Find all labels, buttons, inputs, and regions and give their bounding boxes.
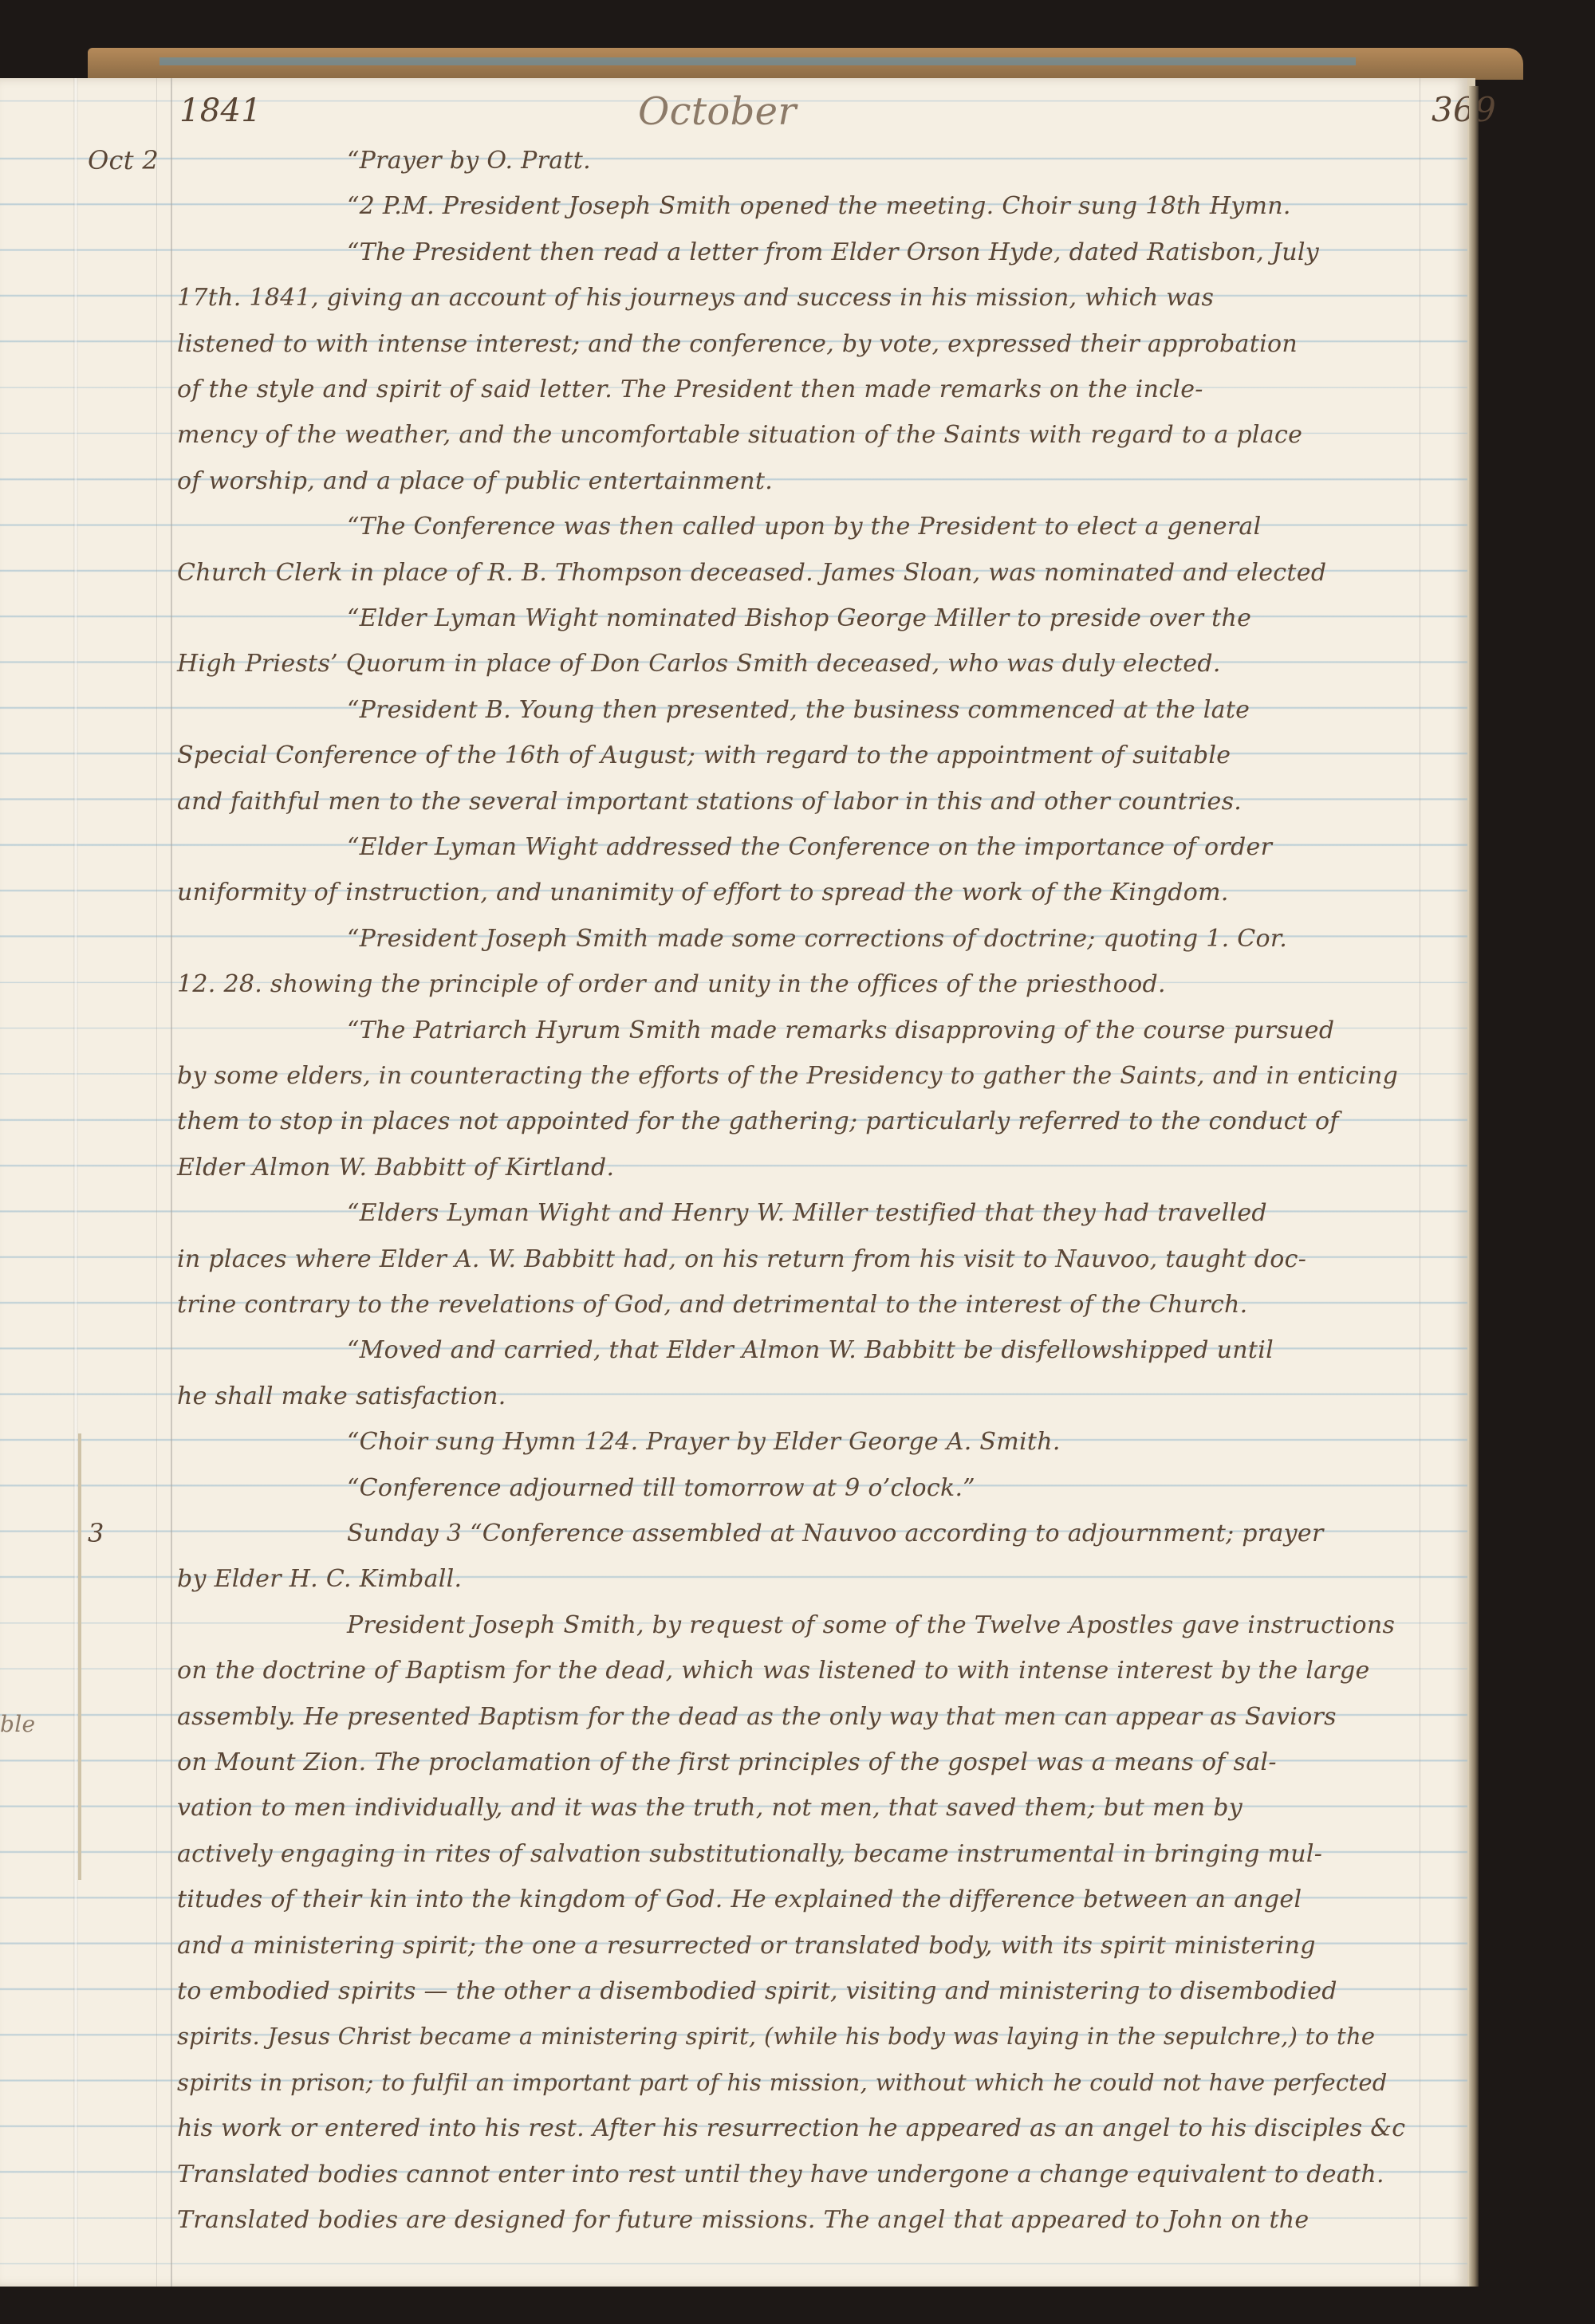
line-text: “Elder Lyman Wight addressed the Confere…	[347, 824, 1272, 870]
line-text: Special Conference of the 16th of August…	[177, 733, 1231, 778]
line-text: “The President then read a letter from E…	[347, 230, 1319, 275]
manuscript-line: his work or entered into his rest. After…	[0, 2106, 1467, 2151]
manuscript-line: trine contrary to the revelations of God…	[0, 1282, 1467, 1327]
manuscript-line: “Elder Lyman Wight addressed the Confere…	[0, 824, 1467, 870]
line-text: of the style and spirit of said letter. …	[177, 367, 1203, 412]
line-text: and a ministering spirit; the one a resu…	[177, 1923, 1316, 1968]
line-text: listened to with intense interest; and t…	[177, 321, 1298, 367]
line-text: his work or entered into his rest. After…	[177, 2106, 1405, 2151]
manuscript-line: spirits in prison; to fulfil an importan…	[0, 2060, 1467, 2106]
manuscript-line: President Joseph Smith, by request of so…	[0, 1602, 1467, 1648]
line-text: spirits. Jesus Christ became a ministeri…	[177, 2014, 1375, 2059]
line-text: actively engaging in rites of salvation …	[177, 1831, 1322, 1877]
manuscript-line: High Priests’ Quorum in place of Don Car…	[0, 641, 1467, 686]
line-text: 17th. 1841, giving an account of his jou…	[177, 275, 1214, 320]
line-text: “The Conference was then called upon by …	[347, 504, 1261, 549]
line-text: Church Clerk in place of R. B. Thompson …	[177, 550, 1326, 596]
line-text: “Elder Lyman Wight nominated Bishop Geor…	[347, 596, 1251, 641]
manuscript-line: Translated bodies are designed for futur…	[0, 2197, 1467, 2243]
line-text: High Priests’ Quorum in place of Don Car…	[177, 641, 1221, 686]
page-edge	[1469, 86, 1479, 2287]
line-text: uniformity of instruction, and unanimity…	[177, 870, 1229, 915]
line-text: Translated bodies cannot enter into rest…	[177, 2152, 1384, 2197]
background-bottom	[0, 2287, 1595, 2324]
line-text: to embodied spirits — the other a disemb…	[177, 1968, 1337, 2014]
manuscript-line: “President B. Young then presented, the …	[0, 687, 1467, 733]
manuscript-line: spirits. Jesus Christ became a ministeri…	[0, 2014, 1467, 2059]
line-text: by some elders, in counteracting the eff…	[177, 1053, 1398, 1099]
manuscript-line: of the style and spirit of said letter. …	[0, 367, 1467, 412]
line-text: “2 P.M. President Joseph Smith opened th…	[347, 183, 1291, 229]
line-text: trine contrary to the revelations of God…	[177, 1282, 1247, 1327]
line-text: “Prayer by O. Pratt.	[347, 138, 591, 183]
line-text: Translated bodies are designed for futur…	[177, 2197, 1309, 2243]
line-text: spirits in prison; to fulfil an importan…	[177, 2060, 1388, 2106]
line-text: “Elders Lyman Wight and Henry W. Miller …	[347, 1190, 1267, 1236]
manuscript-line: titudes of their kin into the kingdom of…	[0, 1877, 1467, 1922]
margin-date: 3	[88, 1511, 104, 1556]
manuscript-line: 3Sunday 3 “Conference assembled at Nauvo…	[0, 1511, 1467, 1556]
line-text: “President B. Young then presented, the …	[347, 687, 1250, 733]
manuscript-line: “Moved and carried, that Elder Almon W. …	[0, 1327, 1467, 1373]
manuscript-line: them to stop in places not appointed for…	[0, 1099, 1467, 1144]
book-edge-strip	[159, 57, 1356, 65]
manuscript-line: actively engaging in rites of salvation …	[0, 1831, 1467, 1877]
line-text: on Mount Zion. The proclamation of the f…	[177, 1740, 1277, 1785]
line-text: Sunday 3 “Conference assembled at Nauvoo…	[347, 1511, 1324, 1556]
manuscript-line: Church Clerk in place of R. B. Thompson …	[0, 550, 1467, 596]
manuscript-line: listened to with intense interest; and t…	[0, 321, 1467, 367]
line-text: them to stop in places not appointed for…	[177, 1099, 1339, 1144]
manuscript-line: “2 P.M. President Joseph Smith opened th…	[0, 183, 1467, 229]
manuscript-line: on Mount Zion. The proclamation of the f…	[0, 1740, 1467, 1785]
header-year: 1841	[179, 92, 262, 129]
manuscript-line: mency of the weather, and the uncomforta…	[0, 412, 1467, 458]
manuscript-line: he shall make satisfaction.	[0, 1374, 1467, 1419]
line-text: and faithful men to the several importan…	[177, 779, 1242, 824]
manuscript-line: “Choir sung Hymn 124. Prayer by Elder Ge…	[0, 1419, 1467, 1465]
line-text: “Moved and carried, that Elder Almon W. …	[347, 1327, 1274, 1373]
manuscript-line: Translated bodies cannot enter into rest…	[0, 2152, 1467, 2197]
manuscript-line: by Elder H. C. Kimball.	[0, 1556, 1467, 1602]
line-text: Elder Almon W. Babbitt of Kirtland.	[177, 1145, 614, 1190]
manuscript-line: on the doctrine of Baptism for the dead,…	[0, 1648, 1467, 1693]
manuscript-line: “Conference adjourned till tomorrow at 9…	[0, 1465, 1467, 1511]
manuscript-line: assembly. He presented Baptism for the d…	[0, 1694, 1467, 1740]
line-text: 12. 28. showing the principle of order a…	[177, 961, 1166, 1007]
manuscript-line: Special Conference of the 16th of August…	[0, 733, 1467, 778]
line-text: in places where Elder A. W. Babbitt had,…	[177, 1237, 1306, 1282]
manuscript-line: “The President then read a letter from E…	[0, 230, 1467, 275]
line-text: of worship, and a place of public entert…	[177, 458, 773, 504]
manuscript-line: of worship, and a place of public entert…	[0, 458, 1467, 504]
margin-date: Oct 2	[88, 138, 159, 183]
manuscript-line: “President Joseph Smith made some correc…	[0, 916, 1467, 961]
line-text: “Choir sung Hymn 124. Prayer by Elder Ge…	[347, 1419, 1061, 1465]
manuscript-line: uniformity of instruction, and unanimity…	[0, 870, 1467, 915]
line-text: by Elder H. C. Kimball.	[177, 1556, 462, 1602]
line-text: titudes of their kin into the kingdom of…	[177, 1877, 1302, 1922]
manuscript-line: vation to men individually, and it was t…	[0, 1785, 1467, 1830]
manuscript-line: 12. 28. showing the principle of order a…	[0, 961, 1467, 1007]
manuscript-line: to embodied spirits — the other a disemb…	[0, 1968, 1467, 2014]
manuscript-line: and faithful men to the several importan…	[0, 779, 1467, 824]
line-text: President Joseph Smith, by request of so…	[347, 1602, 1395, 1648]
line-text: assembly. He presented Baptism for the d…	[177, 1694, 1337, 1740]
line-text: he shall make satisfaction.	[177, 1374, 506, 1419]
manuscript-line: Oct 2“Prayer by O. Pratt.	[0, 138, 1467, 183]
manuscript-line: Elder Almon W. Babbitt of Kirtland.	[0, 1145, 1467, 1190]
line-text: vation to men individually, and it was t…	[177, 1785, 1243, 1830]
page-number: 369	[1432, 90, 1496, 129]
line-text: “Conference adjourned till tomorrow at 9…	[347, 1465, 975, 1511]
manuscript-line: in places where Elder A. W. Babbitt had,…	[0, 1237, 1467, 1282]
manuscript-line: “Elder Lyman Wight nominated Bishop Geor…	[0, 596, 1467, 641]
line-text: on the doctrine of Baptism for the dead,…	[177, 1648, 1370, 1693]
line-text: “President Joseph Smith made some correc…	[347, 916, 1287, 961]
line-text: “The Patriarch Hyrum Smith made remarks …	[347, 1008, 1334, 1053]
manuscript-line: “The Patriarch Hyrum Smith made remarks …	[0, 1008, 1467, 1053]
manuscript-page: 1841 October 369 ble Oct 2“Prayer by O. …	[0, 78, 1475, 2287]
manuscript-line: and a ministering spirit; the one a resu…	[0, 1923, 1467, 1968]
header-month: October	[638, 89, 797, 134]
line-text: mency of the weather, and the uncomforta…	[177, 412, 1302, 458]
manuscript-line: “Elders Lyman Wight and Henry W. Miller …	[0, 1190, 1467, 1236]
manuscript-line: 17th. 1841, giving an account of his jou…	[0, 275, 1467, 320]
manuscript-line: by some elders, in counteracting the eff…	[0, 1053, 1467, 1099]
manuscript-line: “The Conference was then called upon by …	[0, 504, 1467, 549]
